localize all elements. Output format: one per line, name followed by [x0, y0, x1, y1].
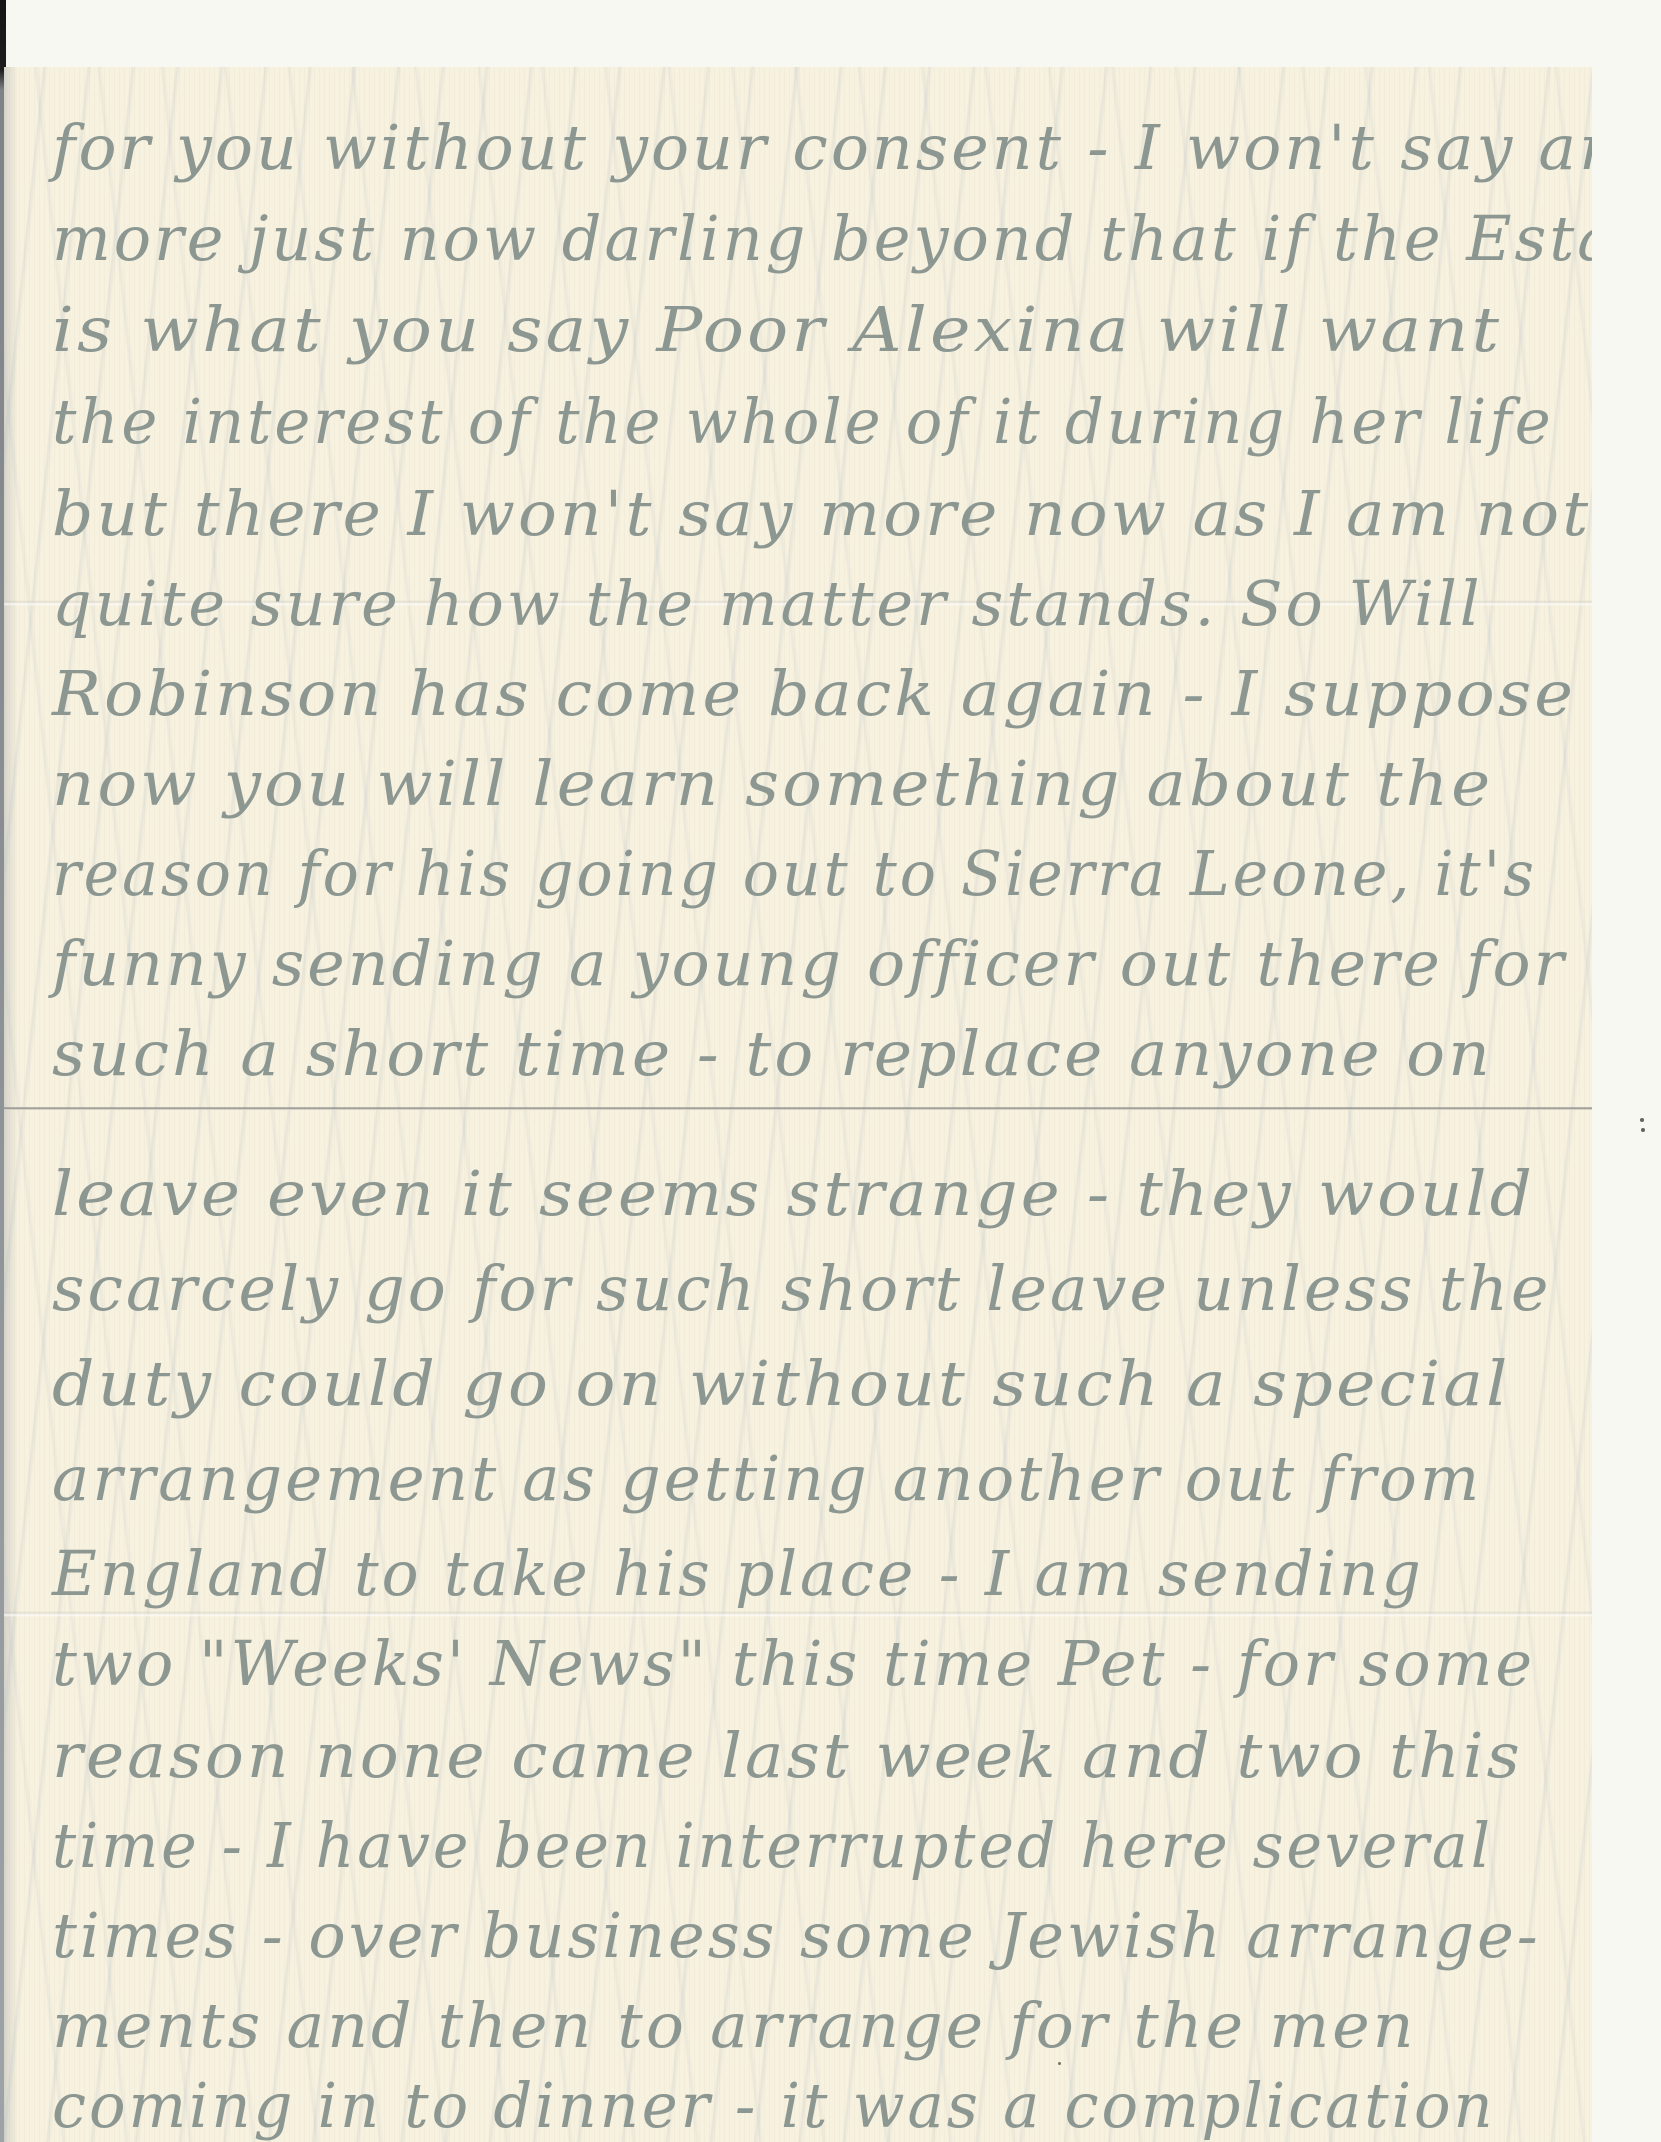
text-line: funny sending a young officer out there …: [52, 927, 1567, 1000]
fold-crease-middle: [4, 1107, 1592, 1110]
text-line: such a short time - to replace anyone on: [52, 1017, 1493, 1090]
text-line: duty could go on without such a special: [52, 1347, 1511, 1420]
text-line: but there I won't say more now as I am n…: [52, 477, 1591, 550]
letter-paper: for you without your consent - I won't s…: [4, 67, 1592, 2142]
scanned-letter-page: for you without your consent - I won't s…: [0, 0, 1661, 2142]
scanner-dust-speck: [1641, 1128, 1645, 1132]
text-line: times - over business some Jewish arrang…: [52, 1899, 1541, 1972]
text-line: leave even it seems strange - they would: [52, 1157, 1535, 1230]
text-line: reason for his going out to Sierra Leone…: [52, 837, 1537, 910]
text-line: quite sure how the matter stands. So Wil…: [52, 567, 1483, 640]
text-line: ments and then to arrange for the men: [52, 1989, 1417, 2062]
text-line: is what you say Poor Alexina will want: [52, 293, 1502, 366]
text-line: England to take his place - I am sending: [52, 1537, 1424, 1610]
text-line: two "Weeks' News" this time Pet - for so…: [52, 1627, 1535, 1700]
text-line: the interest of the whole of it during h…: [52, 385, 1554, 458]
text-line: now you will learn something about the: [52, 747, 1493, 820]
text-line: time - I have been interrupted here seve…: [52, 1809, 1493, 1882]
scanner-dust-speck: [1058, 2062, 1061, 2065]
text-line: reason none came last week and two this: [52, 1719, 1523, 1792]
text-line: for you without your consent - I won't s…: [52, 111, 1592, 184]
text-line: Robinson has come back again - I suppose: [52, 657, 1576, 730]
text-line: more just now darling beyond that if the…: [52, 202, 1592, 275]
text-line: arrangement as getting another out from: [52, 1442, 1482, 1515]
text-line: scarcely go for such short leave unless …: [52, 1252, 1551, 1325]
fold-crease-lower: [4, 1611, 1592, 1617]
scanner-dust-speck: [1640, 1118, 1644, 1122]
text-line: coming in to dinner - it was a complicat…: [52, 2069, 1496, 2142]
